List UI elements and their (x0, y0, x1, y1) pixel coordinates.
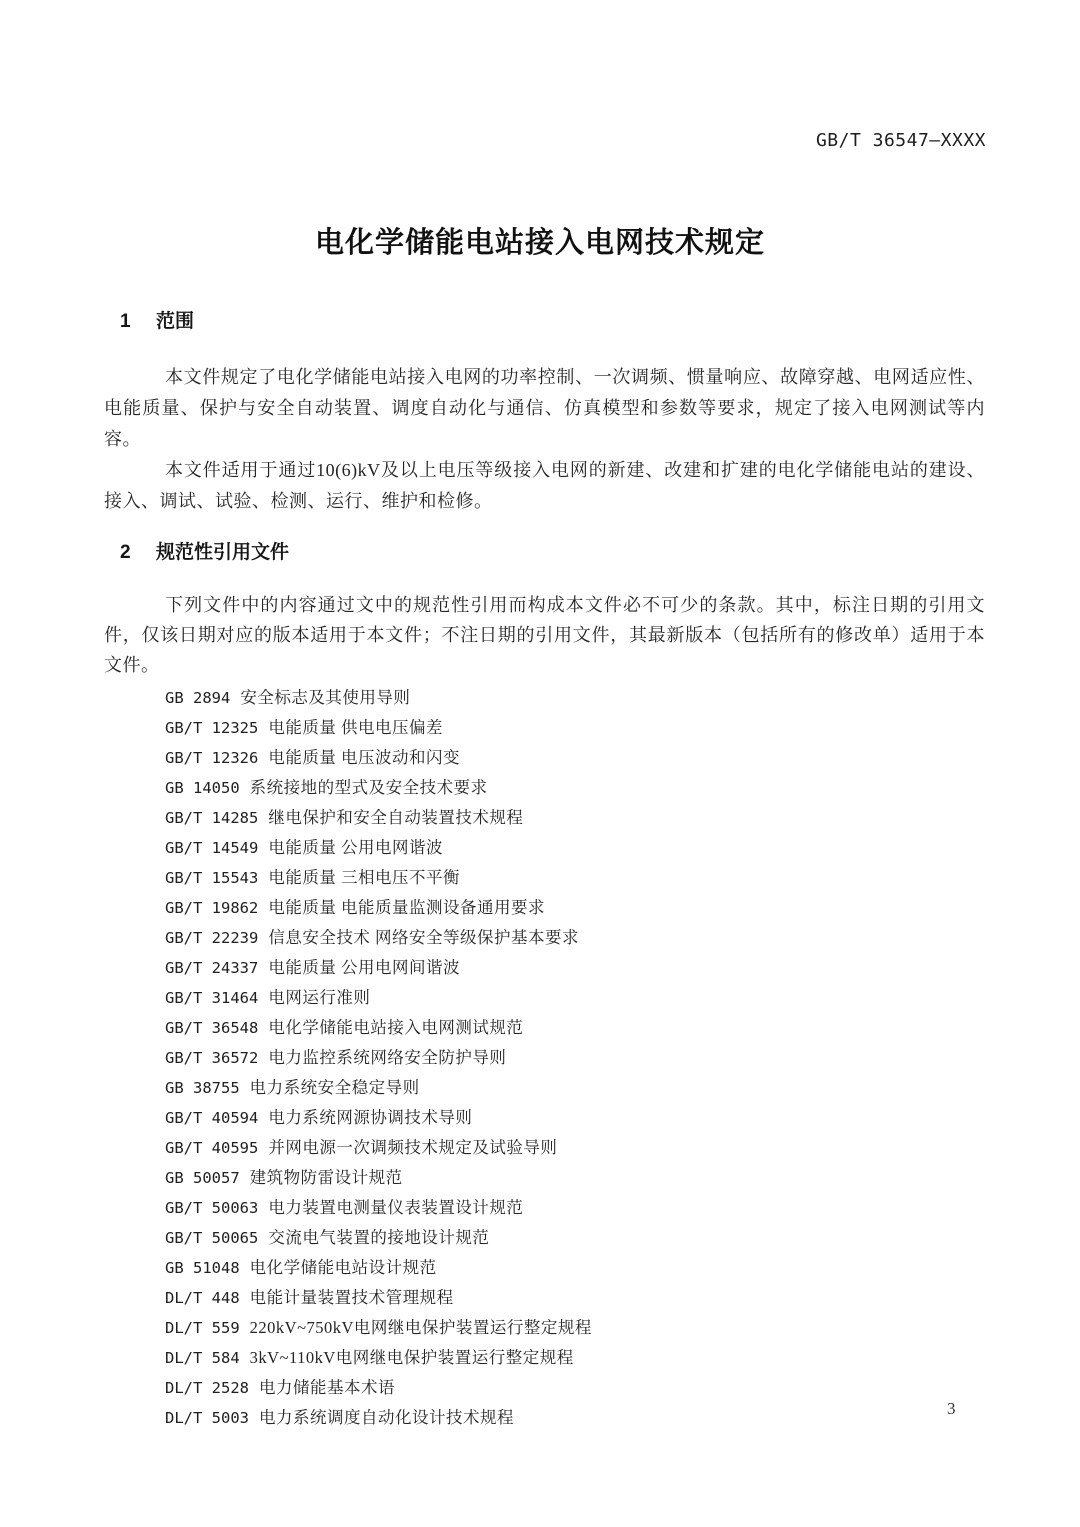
reference-title: 电力储能基本术语 (259, 1378, 395, 1397)
page-number: 3 (947, 1399, 956, 1419)
reference-title: 电力系统调度自动化设计技术规程 (259, 1408, 514, 1427)
section-1-heading: 1范围 (104, 306, 985, 333)
reference-item: GB/T 40594电力系统网源协调技术导则 (165, 1103, 985, 1133)
section-2-title: 规范性引用文件 (156, 542, 289, 563)
reference-code: GB/T 22239 (165, 929, 258, 947)
reference-item: GB/T 36548电化学储能电站接入电网测试规范 (165, 1013, 985, 1043)
reference-item: GB/T 12325电能质量 供电电压偏差 (165, 713, 985, 743)
reference-code: DL/T 448 (165, 1289, 240, 1307)
reference-code: GB/T 14285 (165, 809, 258, 827)
reference-code: DL/T 5003 (165, 1409, 249, 1427)
reference-title: 信息安全技术 网络安全等级保护基本要求 (268, 928, 579, 947)
reference-item: GB 51048电化学储能电站设计规范 (165, 1253, 985, 1283)
scope-paragraph-2: 本文件适用于通过10(6)kV及以上电压等级接入电网的新建、改建和扩建的电化学储… (104, 455, 985, 517)
reference-code: GB 38755 (165, 1079, 240, 1097)
reference-code: GB 2894 (165, 689, 230, 707)
reference-title: 电能质量 三相电压不平衡 (268, 868, 460, 887)
section-2-heading: 2规范性引用文件 (104, 537, 985, 564)
reference-title: 继电保护和安全自动装置技术规程 (268, 808, 523, 827)
section-2-number: 2 (120, 542, 156, 564)
reference-title: 电能质量 公用电网间谐波 (268, 958, 460, 977)
reference-item: GB/T 24337电能质量 公用电网间谐波 (165, 953, 985, 983)
reference-item: GB 2894安全标志及其使用导则 (165, 683, 985, 713)
reference-item: GB/T 50063电力装置电测量仪表装置设计规范 (165, 1193, 985, 1223)
reference-title: 电能质量 供电电压偏差 (268, 718, 443, 737)
reference-item: GB/T 36572电力监控系统网络安全防护导则 (165, 1043, 985, 1073)
normative-references-intro: 下列文件中的内容通过文中的规范性引用而构成本文件必不可少的条款。其中，标注日期的… (104, 590, 985, 680)
reference-title: 电力监控系统网络安全防护导则 (268, 1048, 506, 1067)
reference-title: 电网运行准则 (268, 988, 370, 1007)
reference-code: DL/T 2528 (165, 1379, 249, 1397)
reference-code: GB/T 12326 (165, 749, 258, 767)
reference-item: GB/T 15543电能质量 三相电压不平衡 (165, 863, 985, 893)
doc-code: GB/T 36547—XXXX (816, 130, 986, 151)
reference-item: GB/T 31464电网运行准则 (165, 983, 985, 1013)
reference-code: DL/T 559 (165, 1319, 240, 1337)
reference-item: GB/T 12326电能质量 电压波动和闪变 (165, 743, 985, 773)
reference-item: GB/T 14285继电保护和安全自动装置技术规程 (165, 803, 985, 833)
page-title: 电化学储能电站接入电网技术规定 (0, 220, 1080, 261)
section-1-number: 1 (120, 311, 156, 333)
reference-code: GB/T 40594 (165, 1109, 258, 1127)
reference-item: DL/T 5843kV~110kV电网继电保护装置运行整定规程 (165, 1343, 985, 1373)
reference-title: 电力系统安全稳定导则 (250, 1078, 420, 1097)
reference-title: 电能计量装置技术管理规程 (250, 1288, 454, 1307)
reference-title: 安全标志及其使用导则 (240, 688, 410, 707)
reference-code: GB/T 15543 (165, 869, 258, 887)
reference-title: 建筑物防雷设计规范 (250, 1168, 403, 1187)
reference-item: GB 50057建筑物防雷设计规范 (165, 1163, 985, 1193)
reference-code: GB/T 36548 (165, 1019, 258, 1037)
reference-title: 系统接地的型式及安全技术要求 (250, 778, 488, 797)
reference-title: 电力系统网源协调技术导则 (268, 1108, 472, 1127)
reference-title: 电化学储能电站设计规范 (250, 1258, 437, 1277)
scope-paragraph-1: 本文件规定了电化学储能电站接入电网的功率控制、一次调频、惯量响应、故障穿越、电网… (104, 362, 985, 455)
document-page: GB/T 36547—XXXX 电化学储能电站接入电网技术规定 1范围 本文件规… (0, 0, 1080, 1527)
reference-code: GB 14050 (165, 779, 240, 797)
reference-item: GB 38755电力系统安全稳定导则 (165, 1073, 985, 1103)
reference-list: GB 2894安全标志及其使用导则 GB/T 12325电能质量 供电电压偏差 … (165, 683, 985, 1433)
reference-title: 交流电气装置的接地设计规范 (268, 1228, 489, 1247)
reference-item: GB 14050系统接地的型式及安全技术要求 (165, 773, 985, 803)
reference-item: GB/T 14549电能质量 公用电网谐波 (165, 833, 985, 863)
reference-item: GB/T 19862电能质量 电能质量监测设备通用要求 (165, 893, 985, 923)
reference-title: 220kV~750kV电网继电保护装置运行整定规程 (250, 1318, 592, 1337)
reference-code: DL/T 584 (165, 1349, 240, 1367)
reference-title: 电力装置电测量仪表装置设计规范 (268, 1198, 523, 1217)
reference-code: GB/T 40595 (165, 1139, 258, 1157)
reference-code: GB/T 50063 (165, 1199, 258, 1217)
reference-title: 电能质量 电压波动和闪变 (268, 748, 460, 767)
reference-item: DL/T 559220kV~750kV电网继电保护装置运行整定规程 (165, 1313, 985, 1343)
reference-code: GB/T 50065 (165, 1229, 258, 1247)
reference-code: GB/T 24337 (165, 959, 258, 977)
reference-item: DL/T 2528电力储能基本术语 (165, 1373, 985, 1403)
reference-item: GB/T 40595并网电源一次调频技术规定及试验导则 (165, 1133, 985, 1163)
reference-title: 3kV~110kV电网继电保护装置运行整定规程 (250, 1348, 574, 1367)
reference-title: 电化学储能电站接入电网测试规范 (268, 1018, 523, 1037)
reference-code: GB 50057 (165, 1169, 240, 1187)
reference-code: GB/T 12325 (165, 719, 258, 737)
reference-item: GB/T 22239信息安全技术 网络安全等级保护基本要求 (165, 923, 985, 953)
reference-code: GB 51048 (165, 1259, 240, 1277)
reference-title: 电能质量 电能质量监测设备通用要求 (268, 898, 545, 917)
reference-code: GB/T 31464 (165, 989, 258, 1007)
reference-title: 电能质量 公用电网谐波 (268, 838, 443, 857)
reference-item: DL/T 448电能计量装置技术管理规程 (165, 1283, 985, 1313)
reference-title: 并网电源一次调频技术规定及试验导则 (268, 1138, 557, 1157)
reference-code: GB/T 19862 (165, 899, 258, 917)
reference-item: DL/T 5003电力系统调度自动化设计技术规程 (165, 1403, 985, 1433)
section-1-title: 范围 (156, 311, 194, 332)
reference-item: GB/T 50065交流电气装置的接地设计规范 (165, 1223, 985, 1253)
reference-code: GB/T 14549 (165, 839, 258, 857)
reference-code: GB/T 36572 (165, 1049, 258, 1067)
